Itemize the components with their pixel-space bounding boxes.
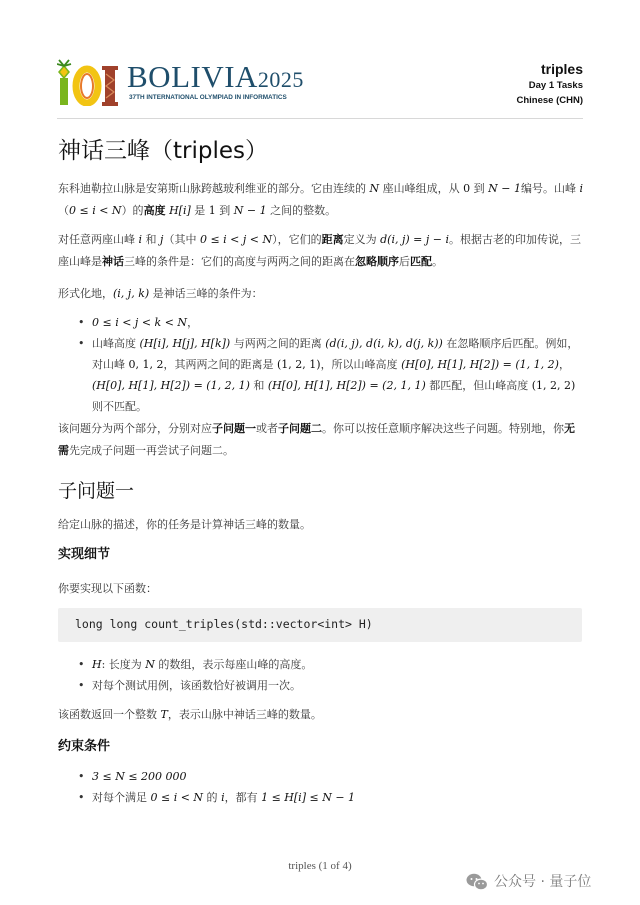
ioi-emblem-icon bbox=[57, 58, 119, 106]
constraints-heading: 约束条件 bbox=[58, 738, 110, 756]
watermark: 公众号 · 量子位 bbox=[466, 871, 591, 891]
logo-wordmark: BOLIVIA2025 bbox=[127, 60, 304, 97]
subtask1-description: 给定山脉的描述，你的任务是计算神话三峰的数量。 bbox=[58, 514, 584, 536]
document-page: BOLIVIA2025 37TH INTERNATIONAL OLYMPIAD … bbox=[0, 0, 640, 905]
param-item-calls: 对每个测试用例，该函数恰好被调用一次。 bbox=[58, 675, 584, 696]
task-day: Day 1 Tasks bbox=[516, 78, 583, 93]
param-item-H: H: 长度为 N 的数组，表示每座山峰的高度。 bbox=[58, 654, 584, 675]
wechat-icon bbox=[466, 873, 488, 891]
subtasks-paragraph: 该问题分为两个部分，分别对应子问题一或者子问题二。你可以按任意顺序解决这些子问题… bbox=[58, 418, 584, 462]
intro-paragraph-2: 对任意两座山峰 i 和 j（其中 0 ≤ i < j < N），它们的距离定义为… bbox=[58, 229, 584, 273]
page-title: 神话三峰（triples） bbox=[58, 136, 268, 166]
parameter-list: H: 长度为 N 的数组，表示每座山峰的高度。 对每个测试用例，该函数恰好被调用… bbox=[58, 654, 584, 696]
task-language: Chinese (CHN) bbox=[516, 93, 583, 108]
constraints-list: 3 ≤ N ≤ 200 000 对每个满足 0 ≤ i < N 的 i，都有 1… bbox=[58, 766, 584, 808]
subtask1-heading: 子问题一 bbox=[58, 478, 134, 504]
task-name: triples bbox=[516, 60, 583, 78]
task-header: triples Day 1 Tasks Chinese (CHN) bbox=[516, 60, 583, 108]
constraint-item-N: 3 ≤ N ≤ 200 000 bbox=[58, 766, 584, 787]
function-signature-code: long long count_triples(std::vector<int>… bbox=[58, 608, 582, 642]
implementation-heading: 实现细节 bbox=[58, 546, 110, 564]
formal-definition-text: 形式化地，(i, j, k) 是神话三峰的条件为： bbox=[58, 283, 584, 305]
implementation-text: 你要实现以下函数： bbox=[58, 578, 584, 600]
return-description: 该函数返回一个整数 T，表示山脉中神话三峰的数量。 bbox=[58, 704, 584, 726]
conditions-list: 0 ≤ i < j < k < N， 山峰高度 (H[i], H[j], H[k… bbox=[58, 312, 584, 417]
constraint-item-H: 对每个满足 0 ≤ i < N 的 i，都有 1 ≤ H[i] ≤ N − 1 bbox=[58, 787, 584, 808]
logo-subtitle: 37TH INTERNATIONAL OLYMPIAD IN INFORMATI… bbox=[129, 94, 287, 101]
condition-item-order: 0 ≤ i < j < k < N， bbox=[58, 312, 584, 333]
header-divider bbox=[57, 118, 583, 119]
condition-item-match: 山峰高度 (H[i], H[j], H[k]) 与两两之间的距离 (d(i, j… bbox=[58, 333, 584, 417]
intro-paragraph-1: 东科迪勒拉山脉是安第斯山脉跨越玻利维亚的部分。它由连续的 N 座山峰组成，从 0… bbox=[58, 178, 584, 222]
ioi-logo: BOLIVIA2025 37TH INTERNATIONAL OLYMPIAD … bbox=[57, 58, 317, 108]
